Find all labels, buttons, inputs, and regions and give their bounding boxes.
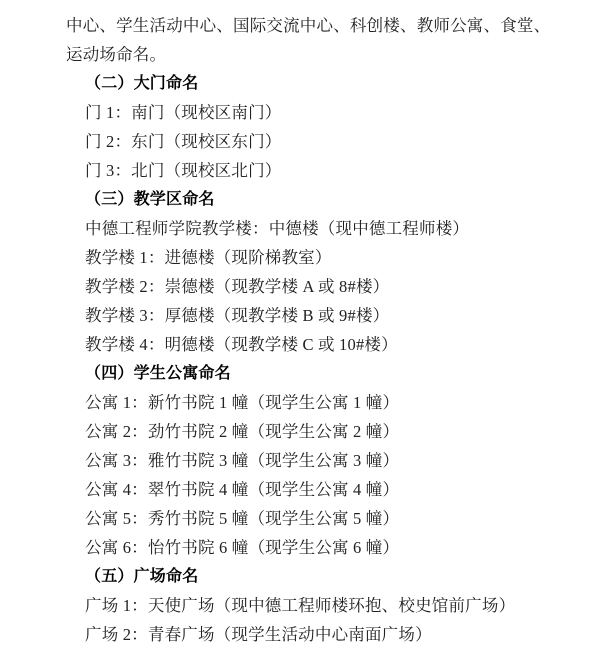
teaching-item-zhongde: 中德工程师学院教学楼：中德楼（现中德工程师楼） xyxy=(0,214,597,243)
body-paragraph-line-2: 运动场命名。 xyxy=(0,40,597,69)
dorm-item-3: 公寓 3：雅竹书院 3 幢（现学生公寓 3 幢） xyxy=(0,446,597,475)
heading-plaza-naming: （五）广场命名 xyxy=(0,562,597,591)
teaching-item-1: 教学楼 1：进德楼（现阶梯教室） xyxy=(0,243,597,272)
teaching-item-2: 教学楼 2：崇德楼（现教学楼 A 或 8#楼） xyxy=(0,272,597,301)
dorm-item-4: 公寓 4：翠竹书院 4 幢（现学生公寓 4 幢） xyxy=(0,475,597,504)
dorm-item-5: 公寓 5：秀竹书院 5 幢（现学生公寓 5 幢） xyxy=(0,504,597,533)
heading-teaching-area-naming: （三）教学区命名 xyxy=(0,185,597,214)
document-page: 中心、学生活动中心、国际交流中心、科创楼、教师公寓、食堂、 运动场命名。 （二）… xyxy=(0,0,597,671)
gate-item-3: 门 3：北门（现校区北门） xyxy=(0,156,597,185)
body-paragraph-line-1: 中心、学生活动中心、国际交流中心、科创楼、教师公寓、食堂、 xyxy=(0,11,597,40)
heading-dormitory-naming: （四）学生公寓命名 xyxy=(0,359,597,388)
plaza-item-1: 广场 1：天使广场（现中德工程师楼环抱、校史馆前广场） xyxy=(0,591,597,620)
dorm-item-2: 公寓 2：劲竹书院 2 幢（现学生公寓 2 幢） xyxy=(0,417,597,446)
heading-gate-naming: （二）大门命名 xyxy=(0,69,597,98)
plaza-item-2: 广场 2：青春广场（现学生活动中心南面广场） xyxy=(0,620,597,649)
gate-item-2: 门 2：东门（现校区东门） xyxy=(0,127,597,156)
teaching-item-4: 教学楼 4：明德楼（现教学楼 C 或 10#楼） xyxy=(0,330,597,359)
teaching-item-3: 教学楼 3：厚德楼（现教学楼 B 或 9#楼） xyxy=(0,301,597,330)
dorm-item-6: 公寓 6：怡竹书院 6 幢（现学生公寓 6 幢） xyxy=(0,533,597,562)
dorm-item-1: 公寓 1：新竹书院 1 幢（现学生公寓 1 幢） xyxy=(0,388,597,417)
gate-item-1: 门 1：南门（现校区南门） xyxy=(0,98,597,127)
